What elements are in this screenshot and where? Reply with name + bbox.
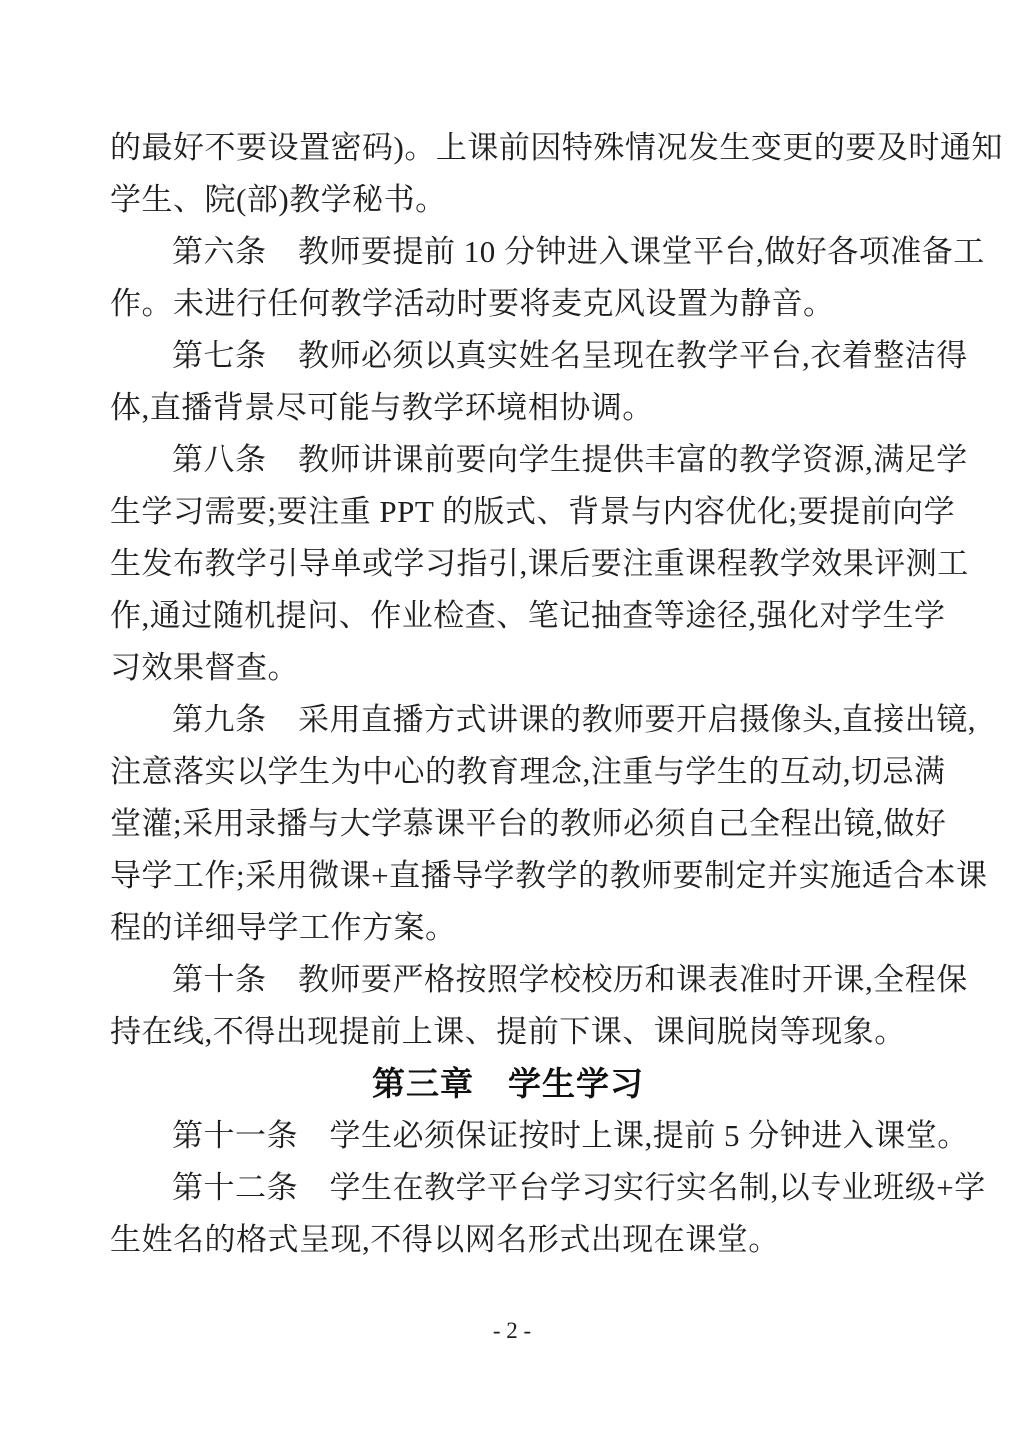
text-line: 第六条 教师要提前 10 分钟进入课堂平台,做好各项准备工 — [110, 226, 906, 278]
document-page: 的最好不要设置密码)。上课前因特殊情况发生变更的要及时通知学生、院(部)教学秘书… — [0, 0, 1024, 1448]
text-line: 习效果督查。 — [110, 642, 906, 694]
text-line: 生学习需要;要注重 PPT 的版式、背景与内容优化;要提前向学 — [110, 486, 906, 538]
text-line: 作,通过随机提问、作业检查、笔记抽查等途径,强化对学生学 — [110, 590, 906, 642]
text-line: 第十一条 学生必须保证按时上课,提前 5 分钟进入课堂。 — [110, 1110, 906, 1162]
text-line: 生姓名的格式呈现,不得以网名形式出现在课堂。 — [110, 1214, 906, 1266]
text-line: 第十二条 学生在教学平台学习实行实名制,以专业班级+学 — [110, 1162, 906, 1214]
page-number: - 2 - — [0, 1316, 1024, 1346]
text-line: 体,直播背景尽可能与教学环境相协调。 — [110, 382, 906, 434]
text-line: 学生、院(部)教学秘书。 — [110, 174, 906, 226]
text-line: 的最好不要设置密码)。上课前因特殊情况发生变更的要及时通知 — [110, 122, 906, 174]
text-line: 第九条 采用直播方式讲课的教师要开启摄像头,直接出镜, — [110, 694, 906, 746]
text-line: 作。未进行任何教学活动时要将麦克风设置为静音。 — [110, 278, 906, 330]
text-line: 第七条 教师必须以真实姓名呈现在教学平台,衣着整洁得 — [110, 330, 906, 382]
document-content: 的最好不要设置密码)。上课前因特殊情况发生变更的要及时通知学生、院(部)教学秘书… — [110, 122, 906, 1266]
text-line: 堂灌;采用录播与大学慕课平台的教师必须自己全程出镜,做好 — [110, 798, 906, 850]
text-line: 持在线,不得出现提前上课、提前下课、课间脱岗等现象。 — [110, 1006, 906, 1058]
text-line: 程的详细导学工作方案。 — [110, 902, 906, 954]
text-line: 导学工作;采用微课+直播导学教学的教师要制定并实施适合本课 — [110, 850, 906, 902]
chapter-heading: 第三章 学生学习 — [110, 1058, 906, 1110]
text-line: 第十条 教师要严格按照学校校历和课表准时开课,全程保 — [110, 954, 906, 1006]
text-line: 生发布教学引导单或学习指引,课后要注重课程教学效果评测工 — [110, 538, 906, 590]
text-line: 第八条 教师讲课前要向学生提供丰富的教学资源,满足学 — [110, 434, 906, 486]
text-line: 注意落实以学生为中心的教育理念,注重与学生的互动,切忌满 — [110, 746, 906, 798]
